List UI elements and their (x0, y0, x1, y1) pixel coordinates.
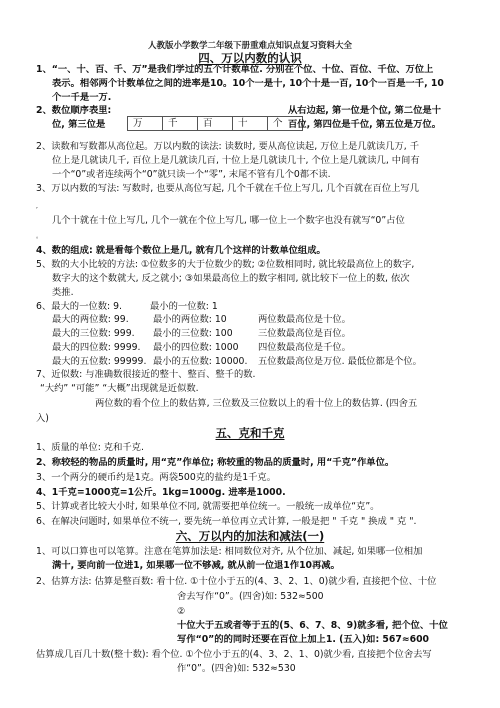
text-line: 作“0”。(四舍)如: 532≈530 (177, 662, 296, 675)
extreme-max: 最大的四位数: 9999. (52, 341, 140, 354)
text-line: 几个十就在十位上写几, 几个一就在个位上写几, 哪一位上一个数字也没有就写“0”… (52, 214, 405, 227)
text-line: 位上是几就读几千, 百位上是几就读几百, 十位上是几就读几十, 个位上是几就读几… (52, 154, 420, 167)
text-line: 。 (36, 230, 42, 243)
text-line: , (36, 200, 38, 213)
text-line: ② (177, 605, 185, 618)
text-line: 一个“0”或者连续两个“0”就只读一个“零”, 末尾不管有几个0都不读. (52, 168, 331, 181)
extreme-note: 两位数最高位是十位。 (258, 313, 351, 326)
text-line: 1、质量的单位: 克和千克. (36, 441, 144, 454)
text-line: 满十, 要向前一位进1, 如果哪一位不够减, 就从前一位退1作10再减。 (52, 559, 340, 572)
extreme-max: 最大的三位数: 999. (52, 327, 135, 340)
text-line: 6、在解决问题时, 如果单位不统一, 要先统一单位再立式计算, 一般是把 " 千… (36, 515, 417, 528)
text-line: 2、数位顺序表里: (36, 104, 111, 117)
text-line: 写作“0”的的同时还要在百位上加上1. (五入)如: 567≈600 (177, 633, 429, 646)
extreme-max: 最大的两位数: 99. (52, 313, 129, 326)
text-line: 舍去写作“0”。(四舍)如: 532≈500 (177, 590, 324, 603)
extreme-note: 四位数最高位是千位。 (258, 341, 351, 354)
text-line: 从右边起, 第一位是个位, 第二位是十 (288, 104, 441, 117)
extreme-min: 最小的四位数: 1000 (153, 341, 239, 354)
text-line: 4、数的组成: 就是看每个数位上是几, 就有几个这样的计数单位组成。 (36, 244, 326, 257)
text-line: 入) (36, 412, 49, 425)
text-line: 个一千是一万. (52, 91, 111, 104)
text-line: “大约” “可能” “大概”出现就是近似数. (40, 382, 199, 395)
text-line: 5、计算或者比较大小时, 如果单位不同, 就需要把单位统一。一般统一成单位“克”… (36, 500, 379, 513)
text-line: 位, 第三位是 (52, 118, 105, 131)
place-cell: 千 (163, 117, 198, 131)
section-heading-6: 六、万以内的加法和减法(一) (0, 528, 500, 544)
place-cell: 万 (128, 117, 163, 131)
extreme-min: 最小的五位数: 10000. (153, 355, 247, 368)
text-line: 5、数的大小比较的方法: ①位数多的大于位数少的数; ②位数相同时, 就比较最高… (36, 258, 414, 271)
text-line: 2、估算方法: 估算是整百数: 看十位. ①十位小于五的(4、3、2、1、0)就… (36, 575, 436, 588)
text-line: 估算成几百几十数(整十数): 看个位. ①个位小于五的(4、3、2、1、0)就少… (36, 648, 432, 661)
text-line: 类推. (52, 286, 74, 299)
text-line: 3、万以内数的写法: 写数时, 也要从高位写起, 几个千就在千位上写几, 几个百… (36, 182, 419, 195)
text-line: 十位大于五或者等于五的(5、6、7、8、9)就多看, 把个位、十位 (177, 619, 448, 632)
place-cell: 百 (198, 117, 233, 131)
text-line: 两位数的看个位上的数估算, 三位数及三位数以上的看十位上的数估算. (四舍五 (95, 397, 417, 410)
text-line: 1、可以口算也可以笔算。注意在笔算加法是: 相同数位对齐, 从个位加、减起, 如… (36, 545, 422, 558)
extreme-note: 三位数最高位是百位。 (258, 327, 351, 340)
extreme-min: 最小的两位数: 10 (153, 313, 227, 326)
text-line: 2、称较轻的物品的质量时, 用“克”作单位; 称较重的物品的质量时, 用“千克”… (36, 456, 394, 469)
text-line: 1、“一、十、百、千、万”是我们学过的五个计数单位. 分别在个位、十位、百位、千… (36, 63, 433, 76)
text-line: 6、最大的一位数: 9. (36, 300, 122, 313)
text-line: 数字大的这个数就大, 反之就小; ③如果最高位上的数字相同, 就比较下一位上的数… (52, 272, 410, 285)
section-heading-5: 五、克和千克 (0, 425, 500, 441)
place-value-table: 万 千 百 十 个 (127, 116, 303, 131)
extreme-note: 五位数最高位是万位. 最低位都是个位。 (258, 355, 422, 368)
text-line: 表示。相邻两个计数单位之间的进率是10。10个一是十, 10个十是一百, 10个… (52, 77, 444, 90)
extreme-max: 最大的五位数: 99999. (52, 355, 146, 368)
text-line: 4、1千克=1000克=1公斤。1kg=1000g. 进率是1000. (36, 486, 286, 499)
text-line: 2、读数和写数都从高位起。万以内数的读法: 读数时, 要从高位读起, 万位上是几… (36, 140, 419, 153)
text-line: 3、一个两分的硬币约是1克。两袋500克的盐约是1千克。 (36, 471, 276, 484)
text-line: 百位, 第四位是千位, 第五位是万位。 (288, 118, 441, 131)
text-line: 7、近似数: 与准确数很接近的整十、整百、整千的数. (36, 368, 256, 381)
text-line: 最小的一位数: 1 (150, 300, 218, 313)
place-cell: 十 (233, 117, 268, 131)
extreme-min: 最小的三位数: 100 (153, 327, 233, 340)
